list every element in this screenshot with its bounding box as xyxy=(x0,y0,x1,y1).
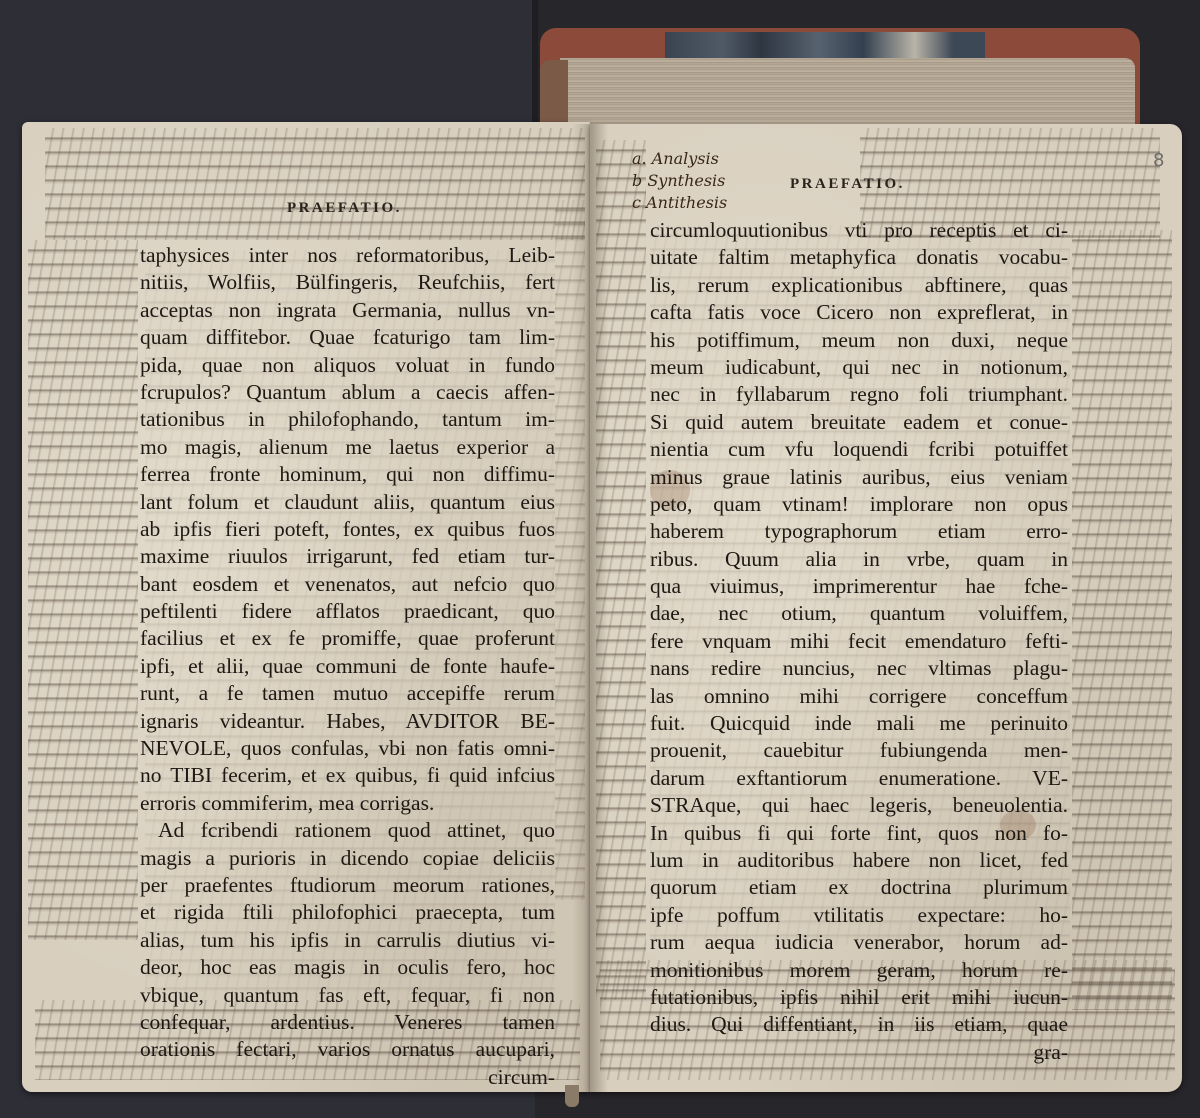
text-line: no TIBI fecerim, et ex quibus, fi quid i… xyxy=(140,762,555,789)
text-line: quam diffitebor. Quae fcaturigo tam lim- xyxy=(140,324,555,351)
text-line: erroris commiferim, mea corrigas. xyxy=(140,790,555,817)
text-line: facilius et ex fe promiffe, quae proferu… xyxy=(140,625,555,652)
text-line: fere vnquam mihi fecit emendaturo fefti- xyxy=(650,628,1068,655)
running-head-right: PRAEFATIO. xyxy=(790,176,905,193)
right-page-text: circumloquutionibus vti pro receptis et … xyxy=(650,217,1068,1066)
catchword: gra- xyxy=(650,1039,1068,1066)
margin-list-item: c Antithesis xyxy=(632,192,727,214)
text-line: nientia cum vfu loquendi fcribi potuiffe… xyxy=(650,436,1068,463)
text-line: fuit. Quicquid inde mali me perinuito xyxy=(650,710,1068,737)
text-line: per praefentes ftudiorum meorum rationes… xyxy=(140,872,555,899)
text-line: ribus. Quum alia in vrbe, quam in xyxy=(650,546,1068,573)
catchword: circum- xyxy=(140,1064,555,1091)
text-line: rum aequa iudicia venerabor, horum ad- xyxy=(650,929,1068,956)
text-line: dae, nec otium, quantum voluiffem, xyxy=(650,600,1068,627)
text-line: mo magis, alienum me laetus experior a xyxy=(140,434,555,461)
text-line: peto, quam vtinam! implorare non opus xyxy=(650,491,1068,518)
text-line: lis, rerum explicationibus abftinere, qu… xyxy=(650,272,1068,299)
text-line: cafta fatis voce Cicero non expreflerat,… xyxy=(650,299,1068,326)
text-line: pida, quae non aliquos voluat in fundo xyxy=(140,352,555,379)
text-line: nec in fyllabarum regno foli triumphant. xyxy=(650,381,1068,408)
text-line: nitiis, Wolfiis, Bülfingeris, Reufchiis,… xyxy=(140,269,555,296)
page-block-edges xyxy=(560,58,1135,133)
text-line: magis a purioris in dicendo copiae delic… xyxy=(140,845,555,872)
text-line: Si quid autem breuitate eadem et conue- xyxy=(650,409,1068,436)
text-line: STRAque, qui haec legeris, beneuolentia. xyxy=(650,792,1068,819)
text-line: vbique, quantum fas eft, fequar, fi non xyxy=(140,982,555,1009)
text-line: tationibus in philofophando, tantum im- xyxy=(140,406,555,433)
text-line: et rigida ftili philofophici praecepta, … xyxy=(140,899,555,926)
text-line: meum iudicabunt, qui nec in notionum, xyxy=(650,354,1068,381)
text-line: Ad fcribendi rationem quod attinet, quo xyxy=(140,817,555,844)
text-line: monitionibus morem geram, horum re- xyxy=(650,957,1068,984)
text-line: ipfi, et alii, quae communi de fonte hau… xyxy=(140,653,555,680)
text-line: confequar, ardentius. Veneres tamen xyxy=(140,1009,555,1036)
text-line: haberem typographorum etiam erro- xyxy=(650,518,1068,545)
text-line: uitate faltim metaphyfica donatis vocabu… xyxy=(650,244,1068,271)
text-line: quorum etiam ex doctrina plurimum xyxy=(650,874,1068,901)
text-line: his potiffimum, meum non duxi, neque xyxy=(650,327,1068,354)
text-line: ignaris videantur. Habes, AVDITOR BE- xyxy=(140,708,555,735)
book-gutter xyxy=(572,124,608,1092)
text-line: acceptas non ingrata Germania, nullus vn… xyxy=(140,297,555,324)
text-line: dius. Qui diffentiant, in iis etiam, qua… xyxy=(650,1011,1068,1038)
text-line: alias, tum his ipfis in carrulis diutius… xyxy=(140,927,555,954)
text-line: nans redire nuncius, nec vltimas plagu- xyxy=(650,655,1068,682)
text-line: deor, hoc eas magis in oculis fero, hoc xyxy=(140,954,555,981)
text-line: lum in auditoribus habere non licet, fed xyxy=(650,847,1068,874)
text-line: taphysices inter nos reformatoribus, Lei… xyxy=(140,242,555,269)
margin-list-item: b Synthesis xyxy=(632,170,727,192)
text-line: bant eosdem et venenatos, aut nefcio quo xyxy=(140,571,555,598)
margin-list-item: a. Analysis xyxy=(632,148,727,170)
text-line: peftilenti fidere afflatos praedicant, q… xyxy=(140,598,555,625)
margin-list: a. Analysis b Synthesis c Antithesis xyxy=(632,148,727,214)
text-line: minus graue latinis auribus, eius veniam xyxy=(650,464,1068,491)
left-page-text: taphysices inter nos reformatoribus, Lei… xyxy=(140,242,555,1091)
text-line: In quibus fi qui forte fint, quos non fo… xyxy=(650,820,1068,847)
text-line: ferrea fronte hominum, qui non diffimu- xyxy=(140,461,555,488)
text-line: prouenit, cauebitur fubiungenda men- xyxy=(650,737,1068,764)
background-seam xyxy=(532,0,538,130)
text-line: lant folum et claudunt aliis, quantum ei… xyxy=(140,489,555,516)
text-line: qua viuimus, imprimerentur hae fche- xyxy=(650,573,1068,600)
text-line: orationis fectari, varios ornatus aucupa… xyxy=(140,1036,555,1063)
marbled-cover-strip xyxy=(665,32,985,58)
text-line: las omnino mihi corrigere conceffum xyxy=(650,683,1068,710)
text-line: fcrupulos? Quantum ablum a caecis affen- xyxy=(140,379,555,406)
text-line: circumloquutionibus vti pro receptis et … xyxy=(650,217,1068,244)
text-line: runt, a fe tamen mutuo accepiffe rerum xyxy=(140,680,555,707)
text-line: ab ipfis fieri poteft, fontes, ex quibus… xyxy=(140,516,555,543)
text-line: darum exftantiorum enumeratione. VE- xyxy=(650,765,1068,792)
running-head-left: PRAEFATIO. xyxy=(287,200,402,217)
text-line: maxime riuulos irrigarunt, fed etiam tur… xyxy=(140,543,555,570)
text-line: futationibus, ipfis nihil erit mihi iucu… xyxy=(650,984,1068,1011)
pencil-folio-number: 8 xyxy=(1153,150,1164,171)
bookmark-tab xyxy=(565,1085,579,1107)
text-line: ipfe poffum vtilitatis expectare: ho- xyxy=(650,902,1068,929)
text-line: NEVOLE, quos confulas, vbi non fatis omn… xyxy=(140,735,555,762)
